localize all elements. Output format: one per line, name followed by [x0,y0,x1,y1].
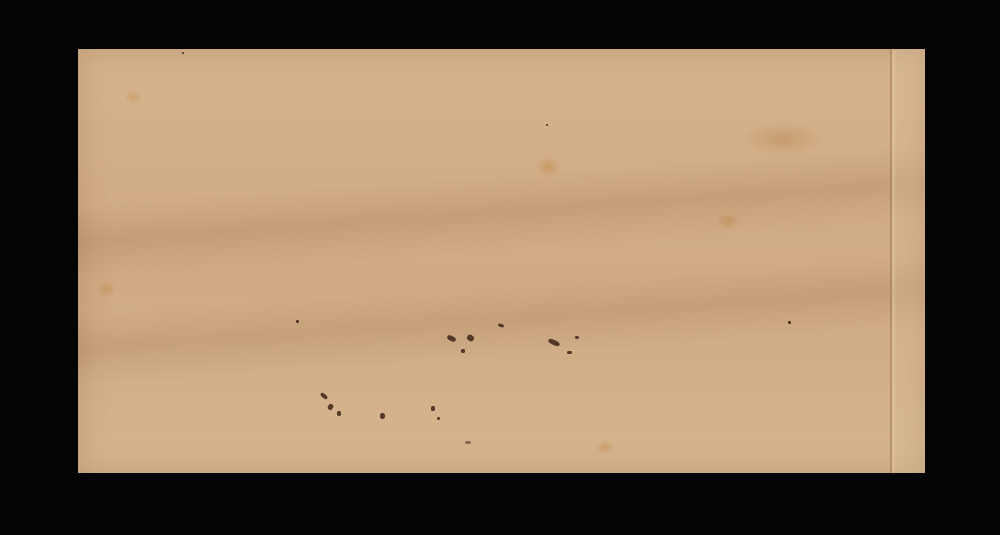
aged-paper [78,49,925,473]
paper-fold-strip [892,49,925,473]
paper-fold-line [890,49,892,473]
